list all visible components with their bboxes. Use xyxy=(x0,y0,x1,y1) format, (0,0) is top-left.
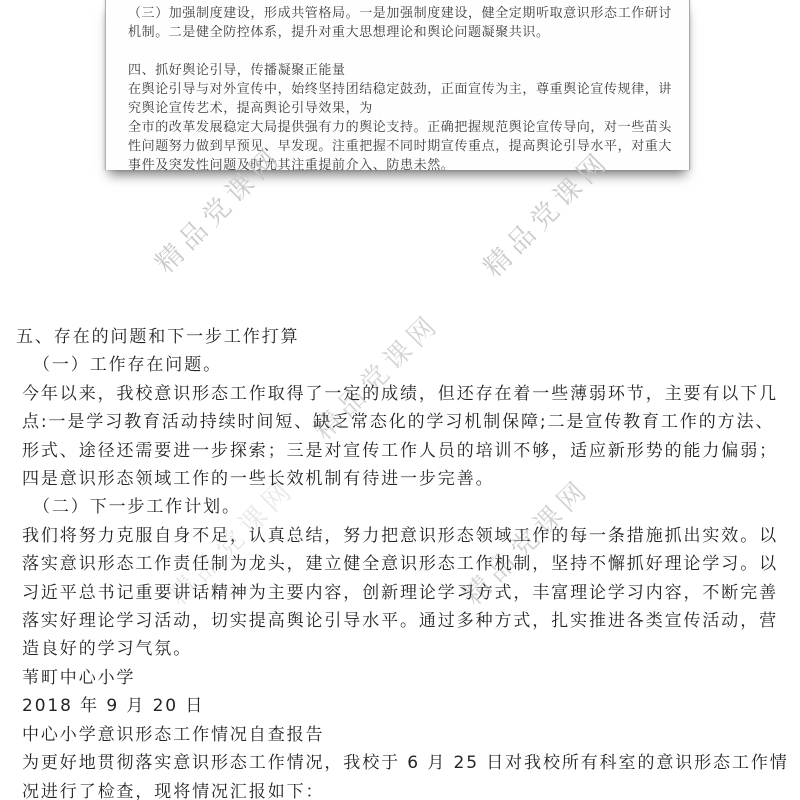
document-preview-line: 全市的改革发展稳定大局提供强有力的舆论支持。正确把握规范舆论宣传导向，对一些苗头 xyxy=(128,118,675,137)
document-preview-line: 四、抓好舆论引导，传播凝聚正能量 xyxy=(128,61,675,80)
page-background: 校园文化、教学服务的良好形象。（三）加强制度建设，形成共管格局。一是加强制度建设… xyxy=(0,0,800,800)
article-line: 2018 年 9 月 20 日 xyxy=(22,692,782,720)
article-line: 落实意识形态工作责任制为龙头，建立健全意识形态工作机制，坚持不懈抓好理论学习。以 xyxy=(22,550,782,578)
article-line: 今年以来，我校意识形态工作取得了一定的成绩，但还存在着一些薄弱环节，主要有以下几 xyxy=(22,380,782,408)
article-line: 落实好理论学习活动，切实提高舆论引导水平。通过多种方式，扎实推进各类宣传活动，营 xyxy=(22,607,782,635)
article-line: 苇町中心小学 xyxy=(22,664,782,692)
document-preview-line: 在舆论引导与对外宣传中，始终坚持团结稳定鼓劲，正面宣传为主，尊重舆论宣传规律，讲 xyxy=(128,80,675,99)
article-line: 点:一是学习教育活动持续时间短、缺乏常态化的学习机制保障;二是宣传教育工作的方法… xyxy=(22,408,782,436)
article-line: 形式、途径还需要进一步探索；三是对宣传工作人员的培训不够，适应新形势的能力偏弱； xyxy=(22,437,782,465)
article-body: 五、存在的问题和下一步工作打算（一）工作存在问题。今年以来，我校意识形态工作取得… xyxy=(22,323,782,800)
document-preview-text: 校园文化、教学服务的良好形象。（三）加强制度建设，形成共管格局。一是加强制度建设… xyxy=(128,0,675,170)
article-line: （二）下一步工作计划。 xyxy=(22,493,782,521)
article-line: 中心小学意识形态工作情况自查报告 xyxy=(22,721,782,749)
document-preview-page: 校园文化、教学服务的良好形象。（三）加强制度建设，形成共管格局。一是加强制度建设… xyxy=(105,0,690,170)
article-line: 造良好的学习气氛。 xyxy=(22,635,782,663)
document-preview-line: （三）加强制度建设，形成共管格局。一是加强制度建设，健全定期听取意识形态工作研讨 xyxy=(128,4,675,23)
article-line: 况进行了检查，现将情况汇报如下： xyxy=(22,778,782,800)
article-line: （一）工作存在问题。 xyxy=(22,351,782,379)
article-line: 为更好地贯彻落实意识形态工作情况，我校于 6 月 25 日对我校所有科室的意识形… xyxy=(22,749,782,777)
article-line: 我们将努力克服自身不足，认真总结，努力把意识形态领域工作的每一条措施抓出实效。以 xyxy=(22,522,782,550)
article-line: 习近平总书记重要讲话精神为主要内容，创新理论学习方式，丰富理论学习内容，不断完善 xyxy=(22,579,782,607)
document-preview-line: 机制。二是健全防控体系，提升对重大思想理论和舆论问题凝聚共识。 xyxy=(128,23,675,42)
article-line: 五、存在的问题和下一步工作打算 xyxy=(16,323,782,351)
document-preview-line: 究舆论宣传艺术，提高舆论引导效果，为 xyxy=(128,99,675,118)
document-preview-line xyxy=(128,42,675,61)
article-line: 四是意识形态领域工作的一些长效机制有待进一步完善。 xyxy=(22,465,782,493)
document-preview-line: 性问题努力做到早预见、早发现。注重把握不同时期宣传重点，提高舆论引导水平，对重大 xyxy=(128,137,675,156)
document-preview-line: 事件及突发性问题及时尤其注重提前介入、防患未然。 xyxy=(128,156,675,170)
